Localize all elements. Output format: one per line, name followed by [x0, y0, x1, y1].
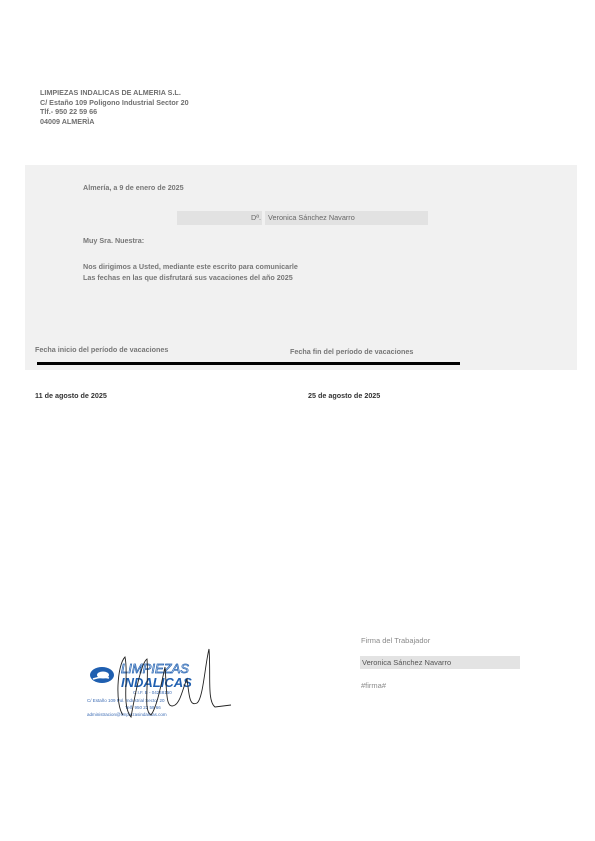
- stamp-brand-line2: INDALICAS: [121, 675, 192, 690]
- company-phone: Tlf.- 950 22 59 66: [40, 107, 189, 117]
- recipient-name: Veronica Sánchez Navarro: [268, 213, 355, 222]
- company-header: LIMPIEZAS INDALICAS DE ALMERIA S.L. C/ E…: [40, 88, 189, 126]
- body-line: Nos dirigimos a Usted, mediante este esc…: [83, 262, 298, 273]
- greeting: Muy Sra. Nuestra:: [83, 236, 144, 245]
- stamp-phone: Telf. 950 22 59 66: [125, 705, 161, 710]
- company-city: 04009 ALMERÌA: [40, 117, 189, 127]
- divider-rule: [37, 362, 460, 365]
- body-line: Las fechas en las que disfrutará sus vac…: [83, 273, 298, 284]
- end-date-label: Fecha fin del período de vacaciones: [290, 347, 413, 356]
- signature-label: Firma del Trabajador: [361, 636, 430, 645]
- end-date-value: 25 de agosto de 2025: [308, 391, 380, 400]
- company-logo-icon: [90, 667, 114, 683]
- stamp-brand-line1: LIMPIEZAS: [121, 661, 189, 676]
- company-address: C/ Estaño 109 Poligono Industrial Sector…: [40, 98, 189, 108]
- stamp-email: administracion@limpiezasindalicas.com: [87, 712, 167, 717]
- company-stamp-signature: LIMPIEZAS INDALICAS C.I.F. B - 04248150 …: [85, 645, 235, 725]
- recipient-prefix: Dª.: [177, 213, 261, 222]
- letter-date: Almería, a 9 de enero de 2025: [83, 183, 184, 192]
- start-date-label: Fecha inicio del período de vacaciones: [35, 345, 168, 354]
- company-name: LIMPIEZAS INDALICAS DE ALMERIA S.L.: [40, 88, 189, 98]
- letter-body: Nos dirigimos a Usted, mediante este esc…: [83, 262, 298, 283]
- signature-placeholder: #firma#: [361, 681, 386, 690]
- start-date-value: 11 de agosto de 2025: [35, 391, 107, 400]
- worker-name: Veronica Sánchez Navarro: [362, 658, 451, 667]
